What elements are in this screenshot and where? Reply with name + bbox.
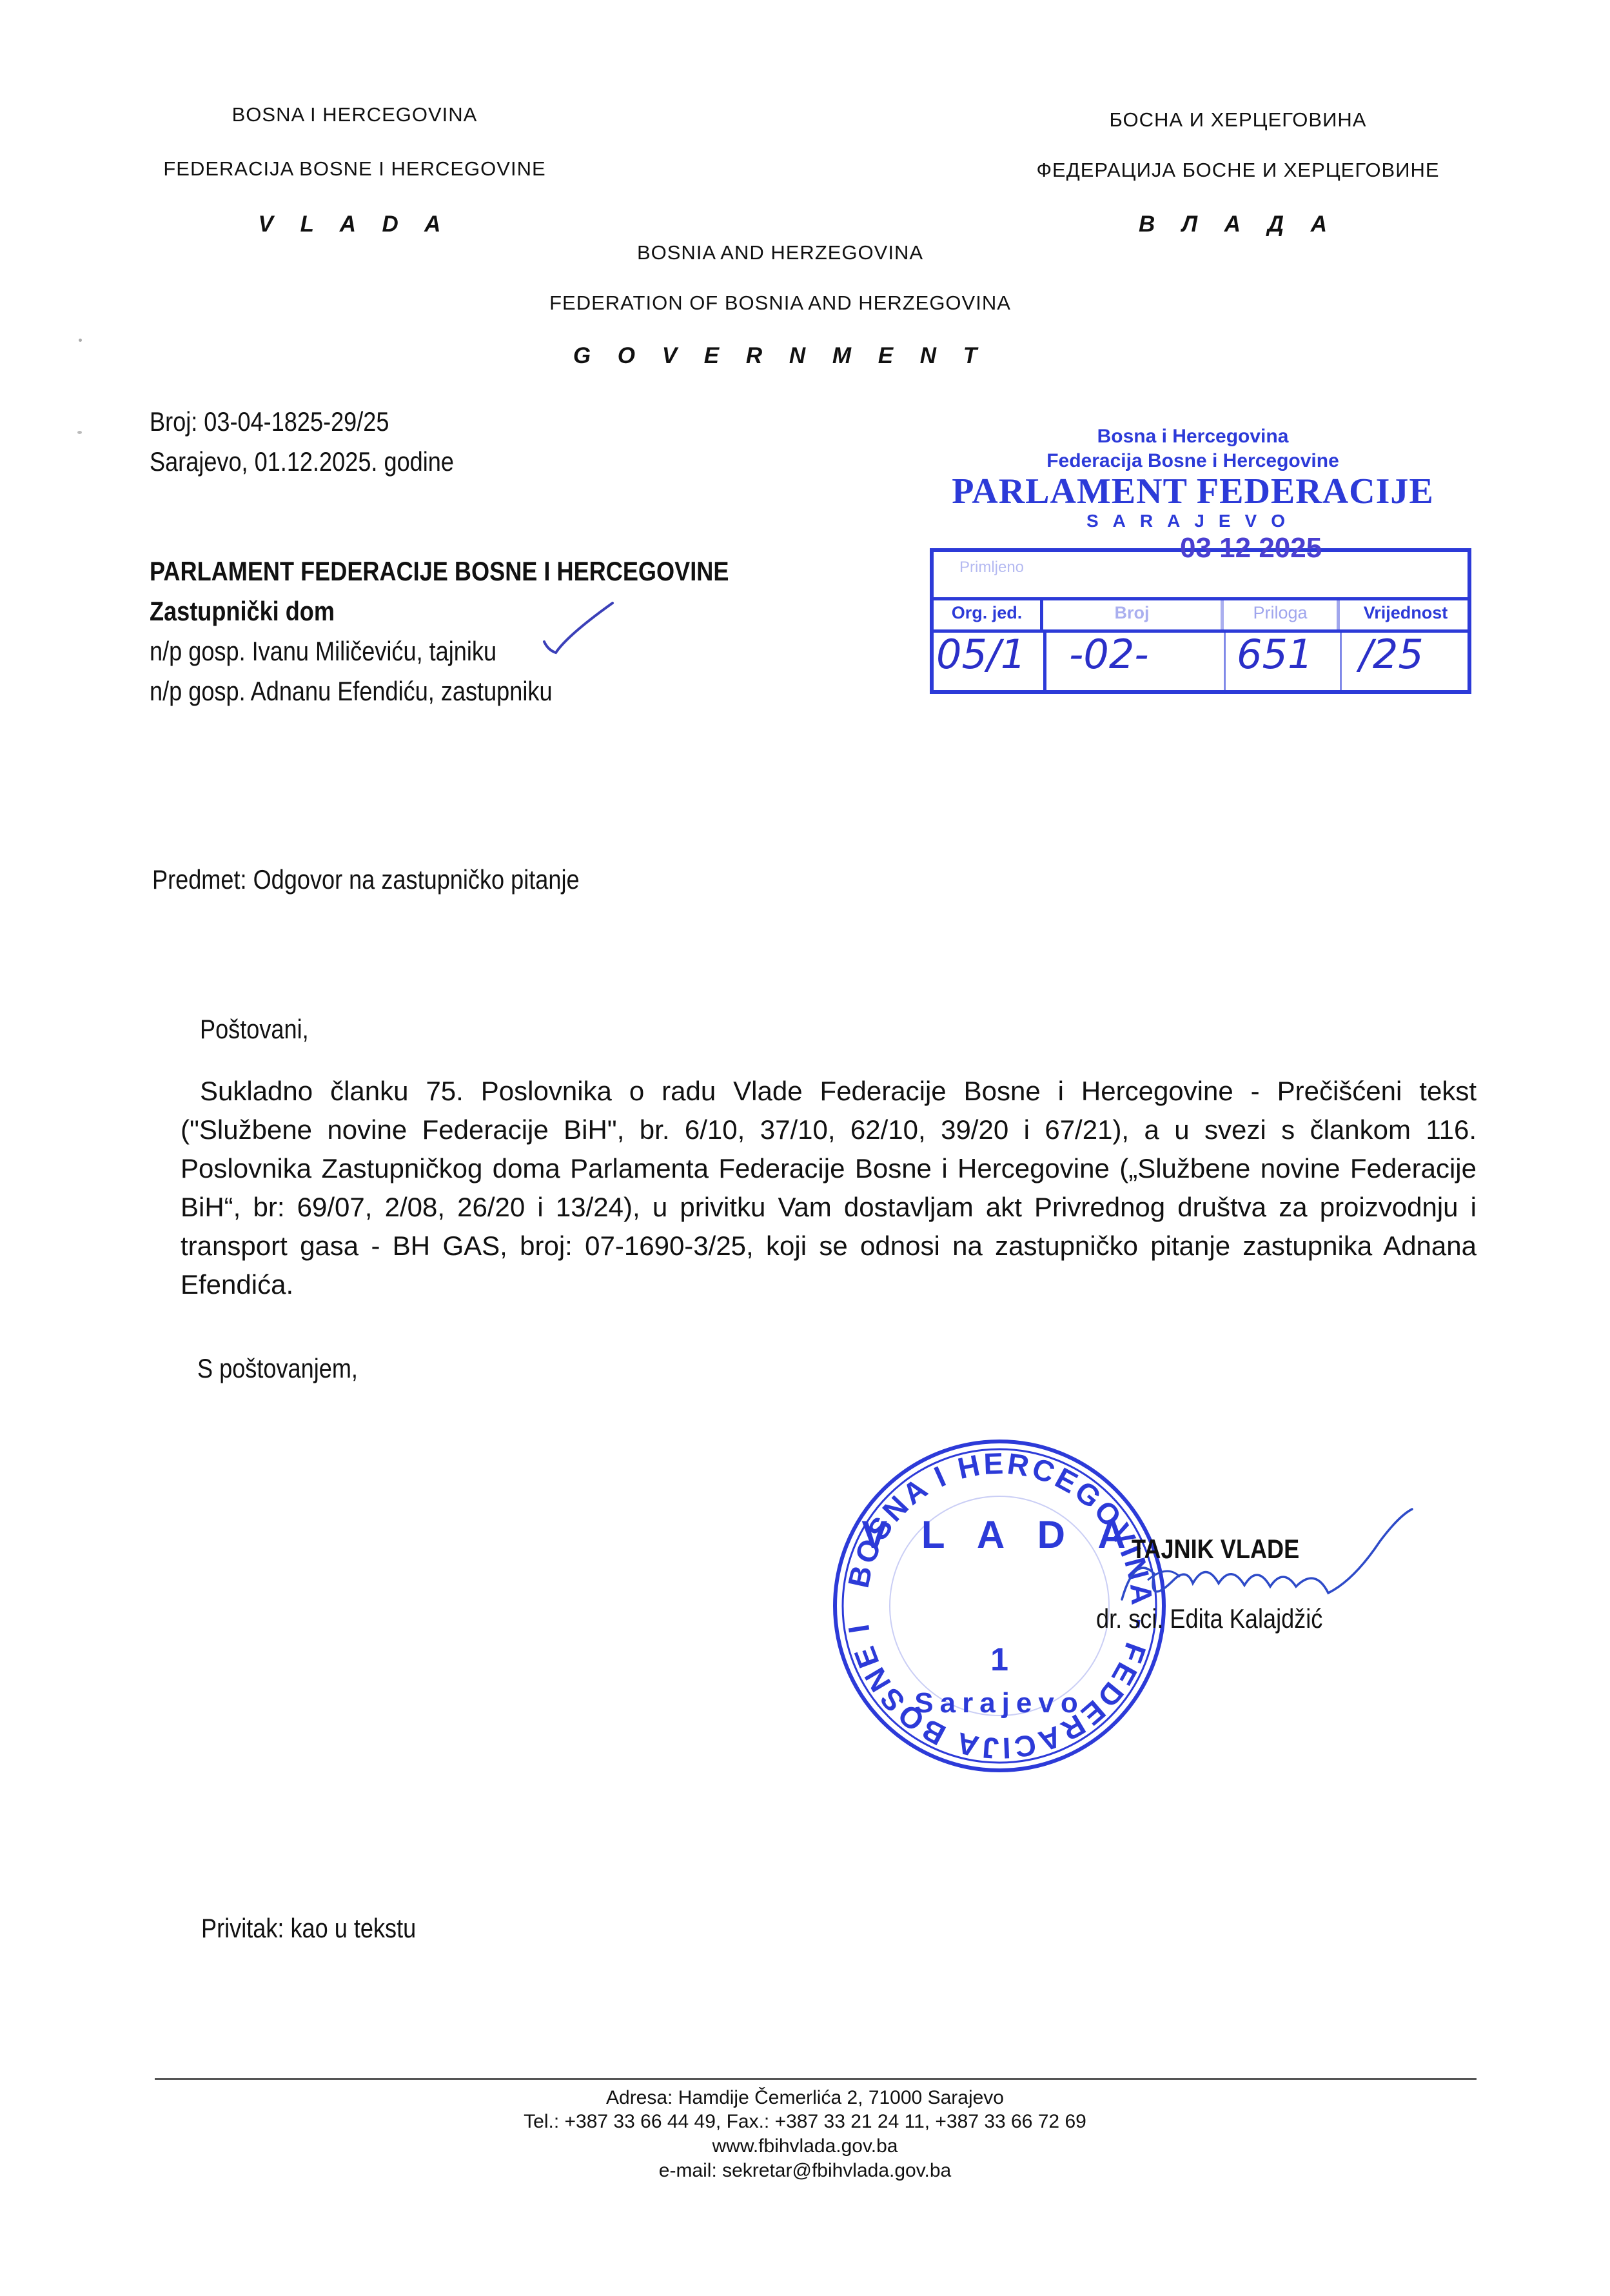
footer-divider [155,2078,1477,2080]
stamp-header-org: Org. jed. [934,597,1043,629]
footer-website[interactable]: www.fbihvlada.gov.ba [0,2135,1610,2157]
stamp-received-label: Primljeno [959,559,1024,577]
seal-number: 1 [990,1641,1008,1677]
stamp-header-row: Org. jed. Broj Priloga Vrijednost [934,597,1468,633]
letterhead-left-country: BOSNA I HERCEGOVINA [123,103,587,126]
body-paragraph: Sukladno članku 75. Poslovnika o radu Vl… [181,1072,1477,1304]
body-text: Sukladno članku 75. Poslovnika o radu Vl… [181,1076,1477,1300]
letterhead-center-country: BOSNIA AND HERZEGOVINA [548,241,1012,264]
recipient-house: Zastupnički dom [150,596,335,627]
stamp-date-received: 03 12 2025 [1180,532,1322,564]
salutation: Poštovani, [200,1014,309,1045]
letterhead-right-federation: ФЕДЕРАЦИЈА БОСНЕ И ХЕРЦЕГОВИНЕ [987,159,1489,182]
place-date: Sarajevo, 01.12.2025. godine [150,446,454,477]
footer-phones: Tel.: +387 33 66 44 49, Fax.: +387 33 21… [0,2111,1610,2133]
stamp-value-attachments: 651 [1237,631,1313,678]
letterhead-center-federation: FEDERATION OF BOSNIA AND HERZEGOVINA [496,292,1064,315]
check-icon [542,600,638,671]
stamp-header-number: Broj [1043,597,1224,629]
subject-line: Predmet: Odgovor na zastupničko pitanje [152,864,580,895]
closing: S poštovanjem, [197,1353,358,1384]
signatory-name: dr. sci. Edita Kalajdžić [1096,1603,1322,1634]
stamp-registry-box: Primljeno Org. jed. Broj Priloga Vrijedn… [930,548,1471,694]
recipient-attn-representative: n/p gosp. Adnanu Efendiću, zastupniku [150,676,553,707]
letterhead-right-government: В Л А Д А [1006,212,1470,237]
stamp-line-parliament: PARLAMENT FEDERACIJE [909,471,1477,512]
footer-address: Adresa: Hamdije Čemerlića 2, 71000 Saraj… [0,2087,1610,2109]
stamp-value-org: 05/1 [936,631,1026,678]
recipient-attn-secretary: n/p gosp. Ivanu Miličeviću, tajniku [150,636,496,667]
letterhead-left-federation: FEDERACIJA BOSNE I HERCEGOVINE [123,157,587,181]
stamp-header-value: Vrijednost [1340,597,1471,629]
stamp-header-attachments: Priloga [1224,597,1340,629]
scan-mark [79,339,82,342]
letterhead-center-government: G O V E R N M E N T [548,343,1012,369]
seal-center-text: V L A D A [861,1513,1137,1556]
attachment-note: Privitak: kao u tekstu [201,1913,416,1944]
stamp-line-city: SARAJEVO [909,511,1477,531]
footer-email[interactable]: e-mail: sekretar@fbihvlada.gov.ba [0,2160,1610,2182]
recipient-institution: PARLAMENT FEDERACIJE BOSNE I HERCEGOVINE [150,556,729,587]
stamp-line-federation: Federacija Bosne i Hercegovine [909,450,1477,472]
reference-number: Broj: 03-04-1825-29/25 [150,406,389,437]
seal-city: Sarajevo [914,1687,1084,1719]
stamp-value-number: -02- [1069,631,1149,678]
letterhead-right-country: БОСНА И ХЕРЦЕГОВИНА [1006,108,1470,132]
letterhead-left-government: V L A D A [123,212,587,237]
stamp-line-country: Bosna i Hercegovina [909,426,1477,448]
stamp-value-value: /25 [1359,631,1424,678]
receipt-stamp: Bosna i Hercegovina Federacija Bosne i H… [909,426,1477,697]
scan-mark [77,431,82,434]
